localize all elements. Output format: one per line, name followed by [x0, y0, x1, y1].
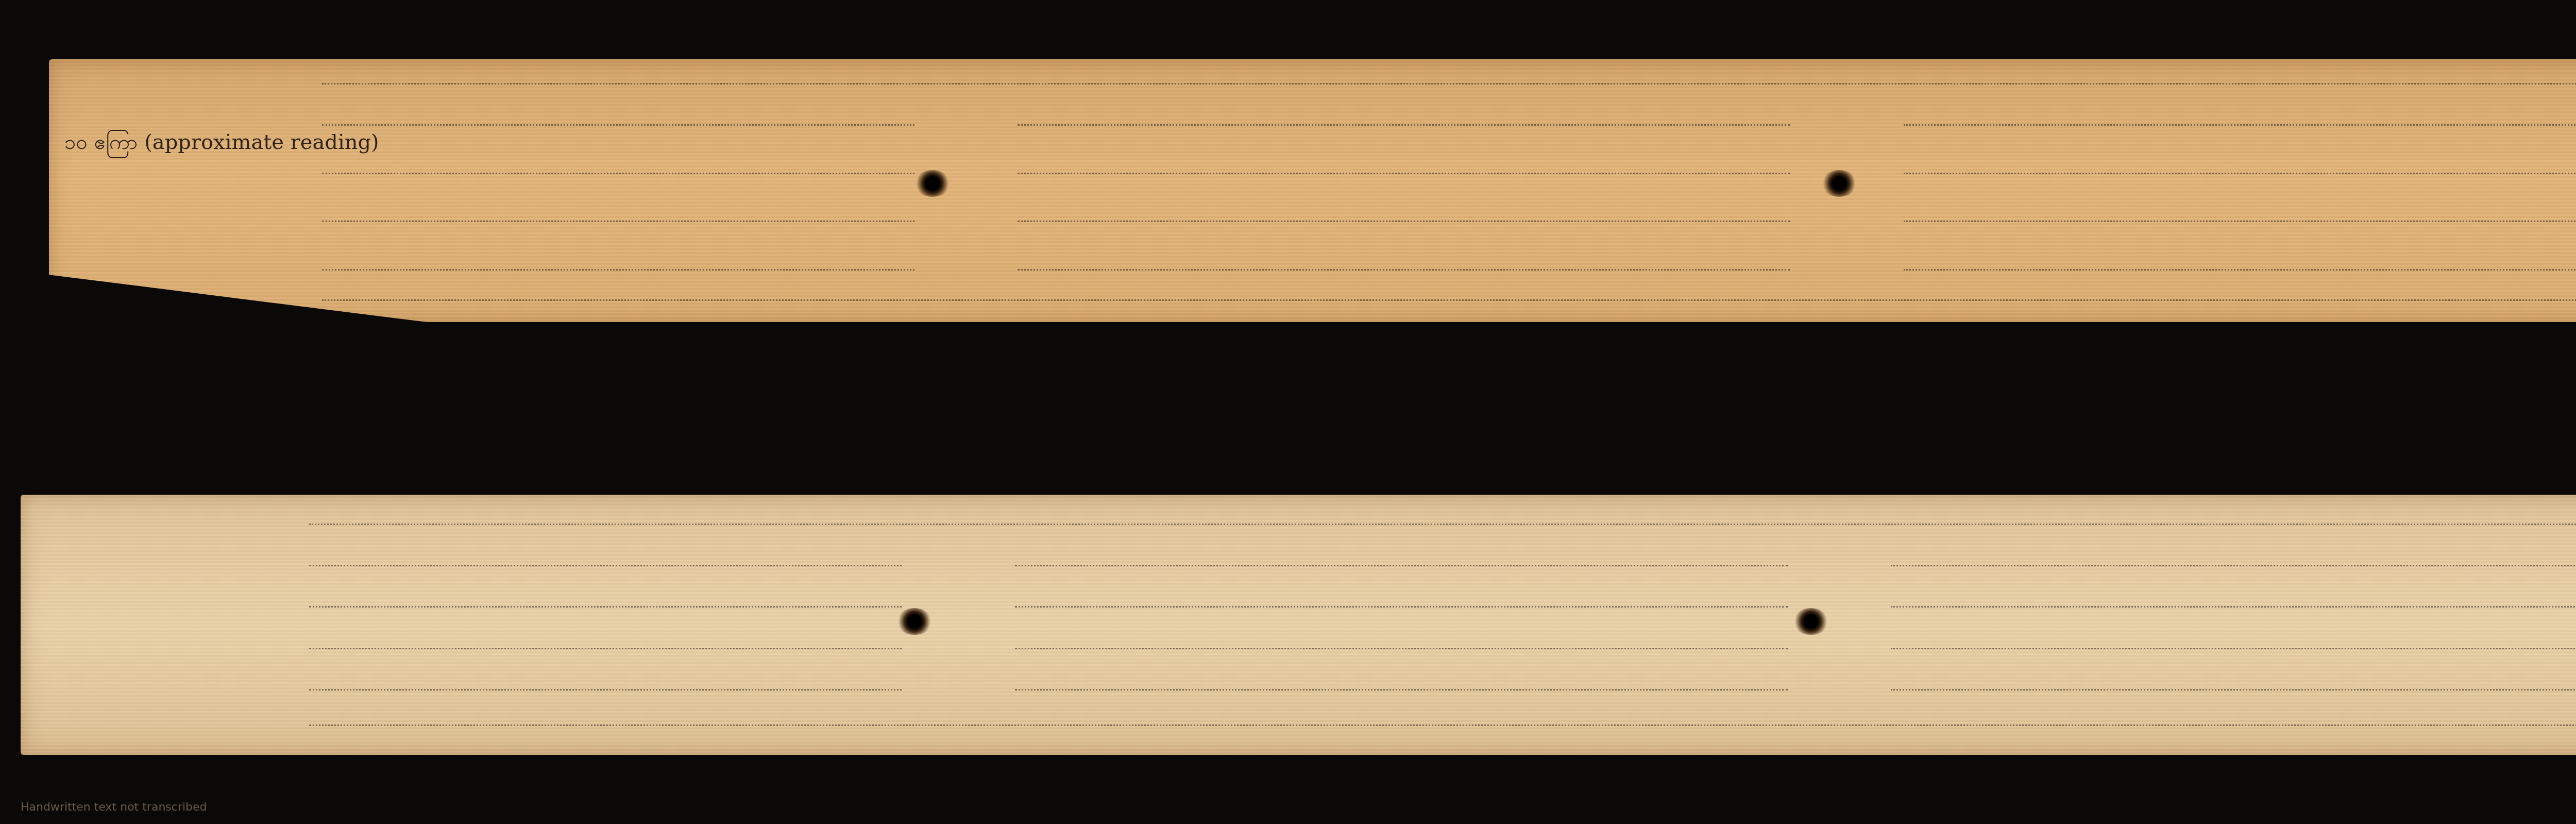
- palm-leaf-lower: [21, 495, 2576, 755]
- text-line-full-top: [322, 64, 2576, 95]
- text-column-right: [1904, 106, 2576, 276]
- palm-leaf-upper: ၁၀ ဧကြာ (approximate reading): [49, 59, 2576, 322]
- text-column-left: [309, 546, 902, 696]
- text-column-middle: [1018, 106, 1790, 276]
- text-line-full-bottom: [309, 706, 2576, 737]
- string-hole: [1821, 170, 1857, 197]
- string-hole: [896, 608, 933, 635]
- text-column-left: [322, 106, 914, 276]
- string-hole: [1793, 608, 1829, 635]
- transcription-note: Handwritten text not transcribed: [21, 801, 207, 814]
- text-line-full-bottom: [322, 281, 2576, 312]
- text-column-middle: [1015, 546, 1788, 696]
- string-hole: [914, 170, 951, 197]
- text-line-full-top: [309, 505, 2576, 536]
- text-column-right: [1891, 546, 2576, 696]
